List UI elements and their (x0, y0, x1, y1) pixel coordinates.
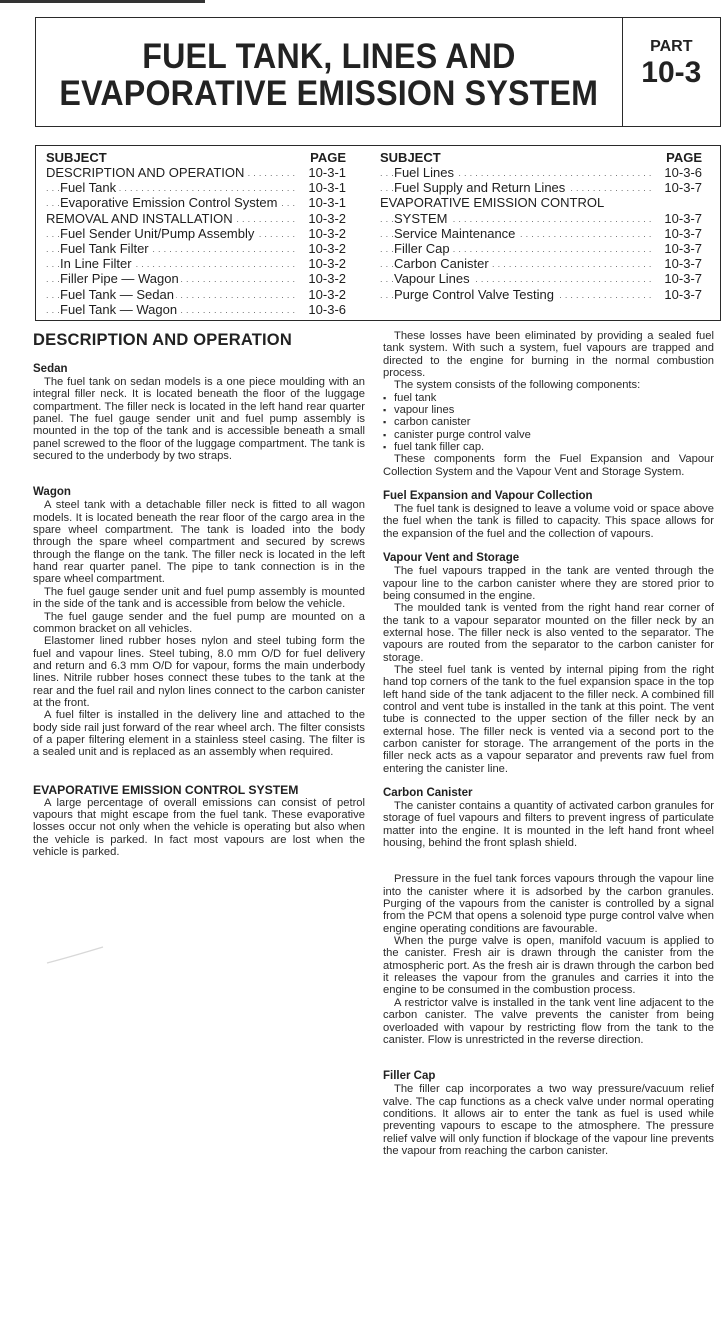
toc-entry[interactable]: Fuel Tank Filter10-3-2 (46, 241, 346, 256)
subheading-carbon-canister: Carbon Canister (383, 787, 714, 800)
toc-entry[interactable]: Fuel Sender Unit/Pump Assembly10-3-2 (46, 226, 346, 241)
paragraph: Elastomer lined rubber hoses nylon and s… (33, 635, 365, 709)
toc-entry[interactable]: Carbon Canister10-3-7 (380, 256, 702, 271)
subheading-vapour-vent: Vapour Vent and Storage (383, 552, 714, 565)
title-line-2: EVAPORATIVE EMISSION SYSTEM (59, 75, 598, 112)
part-label: PART (650, 38, 692, 56)
toc-entry[interactable]: Fuel Tank10-3-1 (46, 180, 346, 195)
paragraph: The fuel tank is designed to leave a vol… (383, 503, 714, 540)
subheading-evap-system: EVAPORATIVE EMISSION CONTROL SYSTEM (33, 783, 365, 797)
title-line-1: FUEL TANK, LINES AND (142, 38, 515, 75)
paragraph: Pressure in the fuel tank forces vapours… (383, 873, 714, 935)
left-text-column: DESCRIPTION AND OPERATION Sedan The fuel… (33, 330, 365, 858)
paragraph: The fuel gauge sender unit and fuel pump… (33, 586, 365, 611)
paragraph: A restrictor valve is installed in the t… (383, 997, 714, 1046)
paragraph: The canister contains a quantity of acti… (383, 800, 714, 849)
toc-entry[interactable]: Fuel Tank — Wagon10-3-6 (46, 302, 346, 317)
paragraph: A steel tank with a detachable filler ne… (33, 499, 365, 585)
toc-entry[interactable]: DESCRIPTION AND OPERATION10-3-1 (46, 165, 346, 180)
paragraph: The moulded tank is vented from the righ… (383, 602, 714, 664)
top-rule (0, 0, 205, 3)
paragraph: The fuel tank on sedan models is a one p… (33, 376, 365, 462)
page-header: PAGE (310, 150, 346, 165)
list-item: carbon canister (383, 416, 714, 428)
page-title: FUEL TANK, LINES AND EVAPORATIVE EMISSIO… (36, 18, 623, 126)
toc-entry[interactable]: Fuel Lines10-3-6 (380, 165, 702, 180)
subheading-wagon: Wagon (33, 486, 365, 499)
subject-header: SUBJECT (46, 150, 107, 165)
toc-left-column: SUBJECT PAGE DESCRIPTION AND OPERATION10… (46, 150, 346, 317)
paragraph: The fuel vapours trapped in the tank are… (383, 565, 714, 602)
list-item: fuel tank filler cap. (383, 441, 714, 453)
paragraph: These losses have been eliminated by pro… (383, 330, 714, 379)
table-of-contents: SUBJECT PAGE DESCRIPTION AND OPERATION10… (35, 145, 721, 321)
pencil-mark (45, 945, 105, 965)
section-title: DESCRIPTION AND OPERATION (33, 330, 365, 350)
right-text-column: These losses have been eliminated by pro… (383, 330, 714, 1157)
paragraph: These components form the Fuel Expansion… (383, 453, 714, 478)
toc-header: SUBJECT PAGE (380, 150, 702, 165)
toc-right-column: SUBJECT PAGE Fuel Lines10-3-6 Fuel Suppl… (380, 150, 702, 302)
list-item: fuel tank (383, 392, 714, 404)
toc-entry[interactable]: Purge Control Valve Testing10-3-7 (380, 287, 702, 302)
list-item: canister purge control valve (383, 429, 714, 441)
toc-entry[interactable]: SYSTEM10-3-7 (380, 211, 702, 226)
toc-header: SUBJECT PAGE (46, 150, 346, 165)
subheading-filler-cap: Filler Cap (383, 1070, 714, 1083)
part-number: 10-3 (641, 56, 701, 90)
subheading-sedan: Sedan (33, 363, 365, 376)
toc-entry[interactable]: In Line Filter10-3-2 (46, 256, 346, 271)
paragraph: A fuel filter is installed in the delive… (33, 709, 365, 758)
list-item: vapour lines (383, 404, 714, 416)
toc-entry[interactable]: Fuel Tank — Sedan10-3-2 (46, 287, 346, 302)
toc-entry[interactable]: REMOVAL AND INSTALLATION10-3-2 (46, 211, 346, 226)
toc-entry[interactable]: Evaporative Emission Control System10-3-… (46, 195, 346, 210)
toc-entry[interactable]: Vapour Lines10-3-7 (380, 271, 702, 286)
components-list: fuel tank vapour lines carbon canister c… (383, 392, 714, 454)
toc-entry[interactable]: Fuel Supply and Return Lines10-3-7 (380, 180, 702, 195)
page-header: PAGE (666, 150, 702, 165)
toc-entry[interactable]: Service Maintenance10-3-7 (380, 226, 702, 241)
toc-entry[interactable]: Filler Cap10-3-7 (380, 241, 702, 256)
paragraph: When the purge valve is open, manifold v… (383, 935, 714, 997)
subheading-fuel-expansion: Fuel Expansion and Vapour Collection (383, 490, 714, 503)
subject-header: SUBJECT (380, 150, 441, 165)
paragraph: The fuel gauge sender and the fuel pump … (33, 611, 365, 636)
paragraph: A large percentage of overall emissions … (33, 797, 365, 859)
title-box: FUEL TANK, LINES AND EVAPORATIVE EMISSIO… (35, 17, 721, 127)
toc-entry[interactable]: EVAPORATIVE EMISSION CONTROL (380, 195, 702, 210)
paragraph: The filler cap incorporates a two way pr… (383, 1083, 714, 1157)
paragraph: The system consists of the following com… (383, 379, 714, 391)
paragraph: The steel fuel tank is vented by interna… (383, 664, 714, 775)
part-box: PART 10-3 (623, 18, 720, 126)
toc-entry[interactable]: Filler Pipe — Wagon10-3-2 (46, 271, 346, 286)
